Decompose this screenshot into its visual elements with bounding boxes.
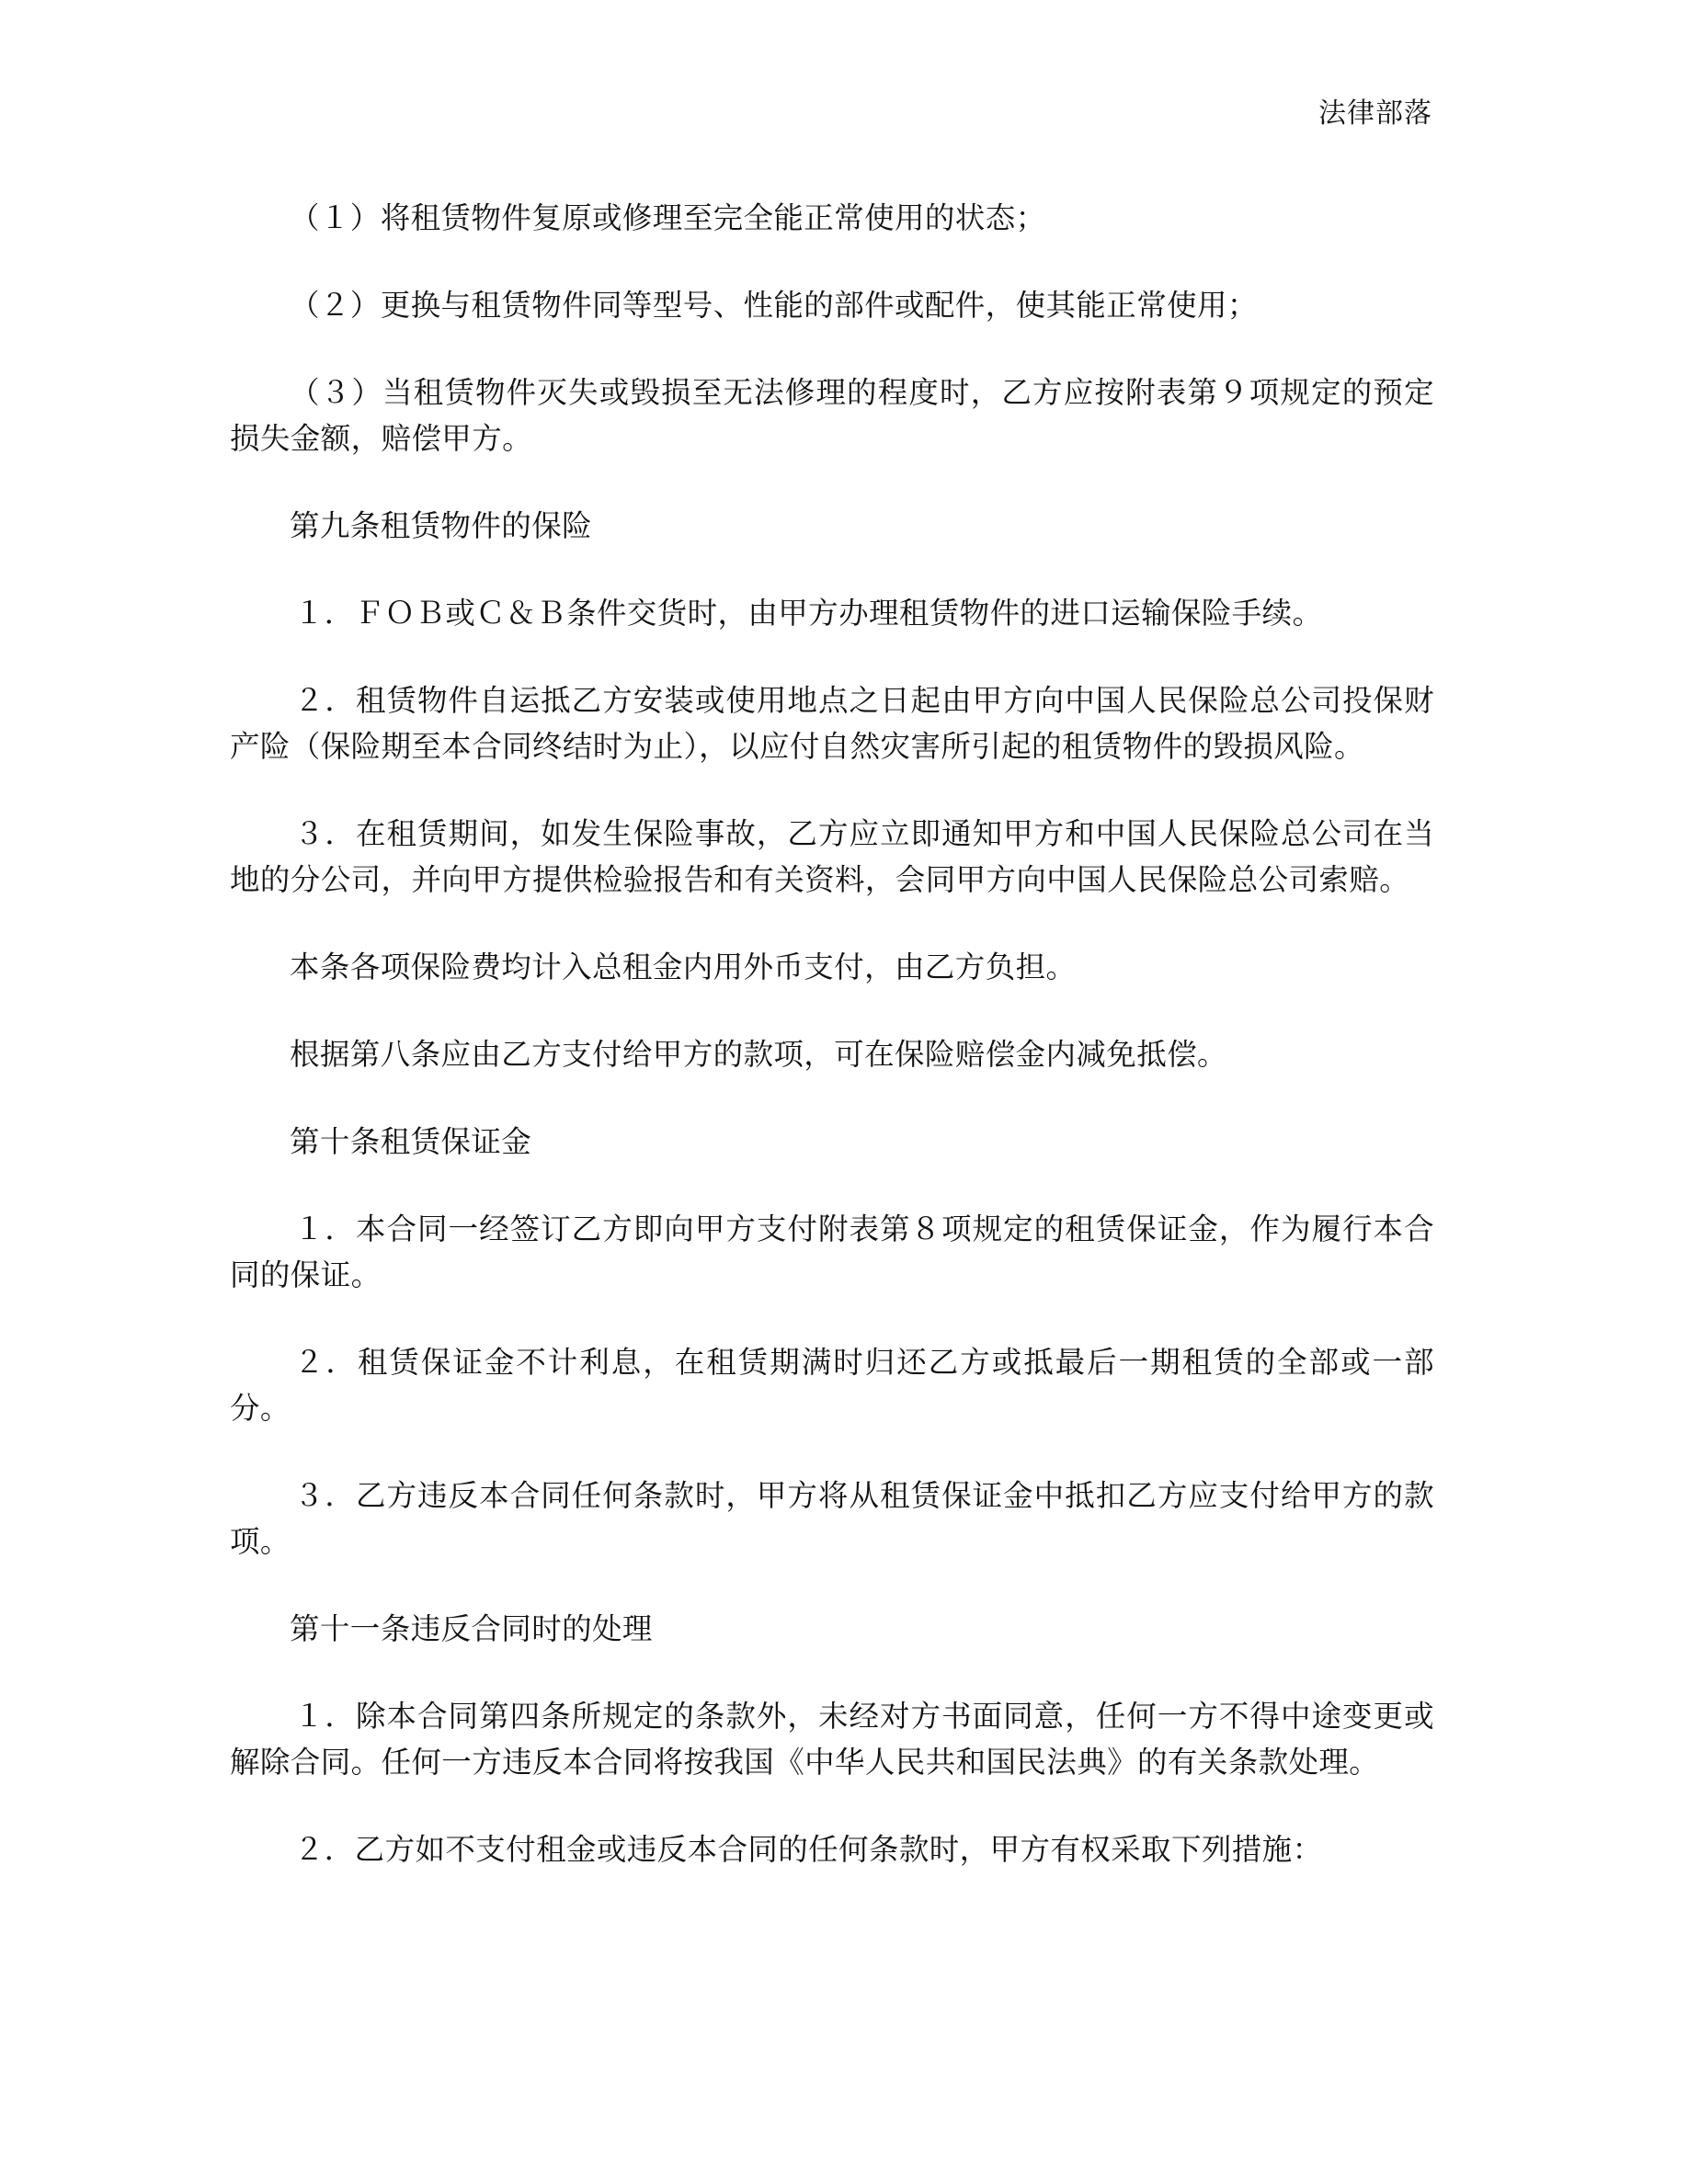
article-11-item-1: １．除本合同第四条所规定的条款外，未经对方书面同意，任何一方不得中途变更或解除合… <box>230 1693 1434 1785</box>
article-10-item-2: ２．租赁保证金不计利息，在租赁期满时归还乙方或抵最后一期租赁的全部或一部分。 <box>230 1339 1434 1431</box>
article-9-heading: 第九条租赁物件的保险 <box>230 503 1434 549</box>
article-11-heading: 第十一条违反合同时的处理 <box>230 1606 1434 1652</box>
article-10-item-1: １．本合同一经签订乙方即向甲方支付附表第８项规定的租赁保证金，作为履行本合同的保… <box>230 1206 1434 1298</box>
article-10-heading: 第十条租赁保证金 <box>230 1119 1434 1165</box>
clause-item-1: （１）将租赁物件复原或修理至完全能正常使用的状态； <box>230 195 1434 241</box>
article-9-note-premium: 本条各项保险费均计入总租金内用外币支付，由乙方负担。 <box>230 944 1434 990</box>
document-page: 法律部落 （１）将租赁物件复原或修理至完全能正常使用的状态； （２）更换与租赁物… <box>0 0 1688 2184</box>
article-9-item-2: ２．租赁物件自运抵乙方安装或使用地点之日起由甲方向中国人民保险总公司投保财产险（… <box>230 677 1434 769</box>
article-9-item-3: ３．在租赁期间，如发生保险事故，乙方应立即通知甲方和中国人民保险总公司在当地的分… <box>230 811 1434 903</box>
article-9-note-offset: 根据第八条应由乙方支付给甲方的款项，可在保险赔偿金内减免抵偿。 <box>230 1031 1434 1077</box>
article-11-item-2: ２．乙方如不支付租金或违反本合同的任何条款时，甲方有权采取下列措施： <box>230 1826 1434 1872</box>
clause-item-3: （３）当租赁物件灭失或毁损至无法修理的程度时，乙方应按附表第９项规定的预定损失金… <box>230 370 1434 461</box>
article-9-item-1: １．ＦＯＢ或Ｃ＆Ｂ条件交货时，由甲方办理租赁物件的进口运输保险手续。 <box>230 590 1434 636</box>
page-header: 法律部落 <box>1318 96 1432 132</box>
clause-item-2: （２）更换与租赁物件同等型号、性能的部件或配件，使其能正常使用； <box>230 282 1434 328</box>
article-10-item-3: ３．乙方违反本合同任何条款时，甲方将从租赁保证金中抵扣乙方应支付给甲方的款项。 <box>230 1473 1434 1564</box>
document-body: （１）将租赁物件复原或修理至完全能正常使用的状态； （２）更换与租赁物件同等型号… <box>230 195 1434 1914</box>
